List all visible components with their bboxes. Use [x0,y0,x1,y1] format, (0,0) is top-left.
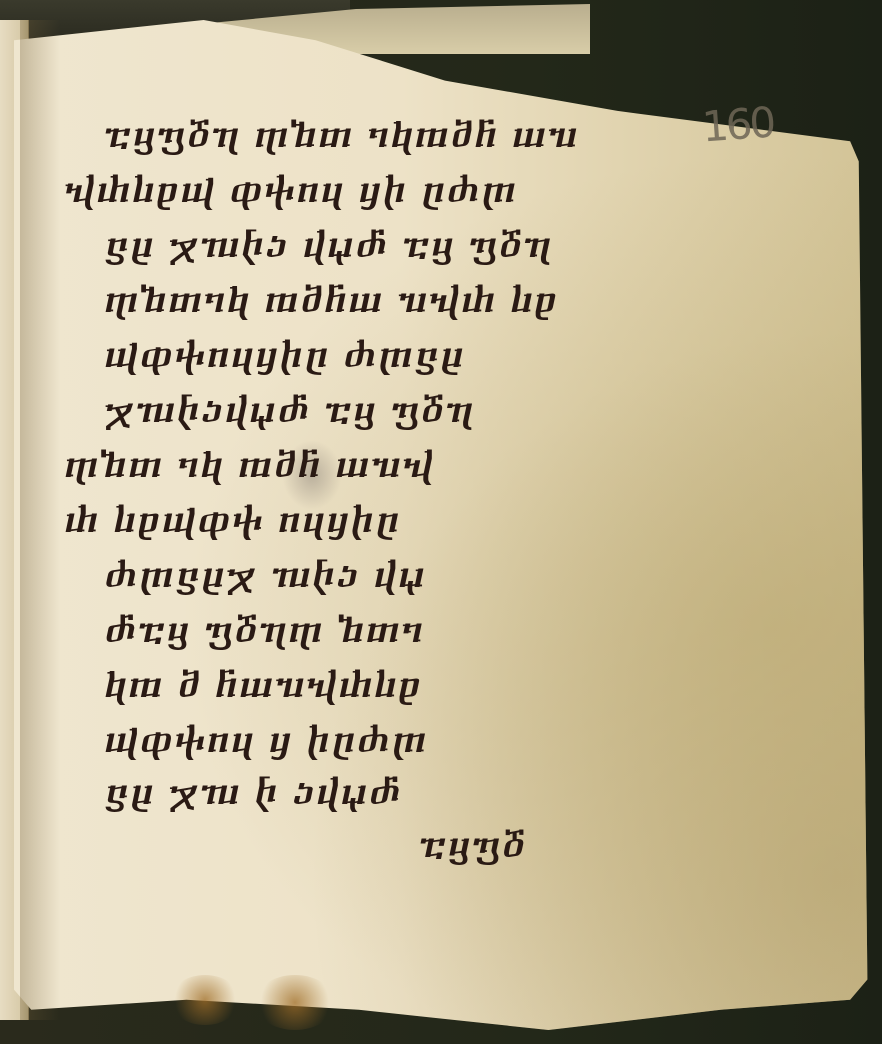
manuscript-line: ⴝⴞ ⴟⴠⴡⴢ ⴣⴤⴥ ⴀⴁ ⴂⴃⴄ [104,225,553,265]
folio-number: 160 [700,98,774,152]
water-stain [255,975,335,1030]
manuscript-line: ⴉⴊ ⴋ ⴌⴍⴎⴏⴐⴑⴒ [104,665,422,705]
manuscript-line: ⴥⴀⴁ ⴂⴃⴄⴅ ⴆⴇⴈ [104,610,424,650]
manuscript-line: ⴏⴐⴑⴒⴓ ⴔⴕⴖⴗ ⴘⴙ ⴚⴛⴜ [64,170,517,210]
spine-shadow [20,20,60,1020]
manuscript-line: ⴐ ⴑⴒⴓⴔⴕ ⴖⴗⴘⴙⴚ [64,500,401,540]
manuscript-line: ⴛⴜⴝⴞⴟ ⴠⴡⴢ ⴣⴤ [104,555,426,595]
manuscript-line: ⴟⴠⴡⴢⴣⴤⴥ ⴀⴁ ⴂⴃⴄ [104,390,475,430]
manuscript-line: ⴀⴁⴂⴃⴄ ⴅⴆⴇ ⴈⴉⴊⴋⴌ ⴍⴎ [104,115,579,155]
manuscript-line: ⴅⴆⴇⴈⴉ ⴊⴋⴌⴍ ⴎⴏⴐ ⴑⴒ [104,280,558,320]
manuscript-line: ⴝⴞ ⴟⴠ ⴡ ⴢⴣⴤⴥ [104,772,402,812]
manuscript-line: ⴅⴆⴇ ⴈⴉ ⴊⴋⴌ ⴍⴎⴏ [64,445,434,485]
manuscript-line: ⴓⴔⴕⴖⴗⴘⴙⴚ ⴛⴜⴝⴞ [104,335,465,375]
water-stain [170,975,240,1025]
manuscript-line: ⴓⴔⴕⴖⴗ ⴘ ⴙⴚⴛⴜ [104,720,428,760]
manuscript-line: ⴀⴁⴂⴃ [419,825,526,865]
